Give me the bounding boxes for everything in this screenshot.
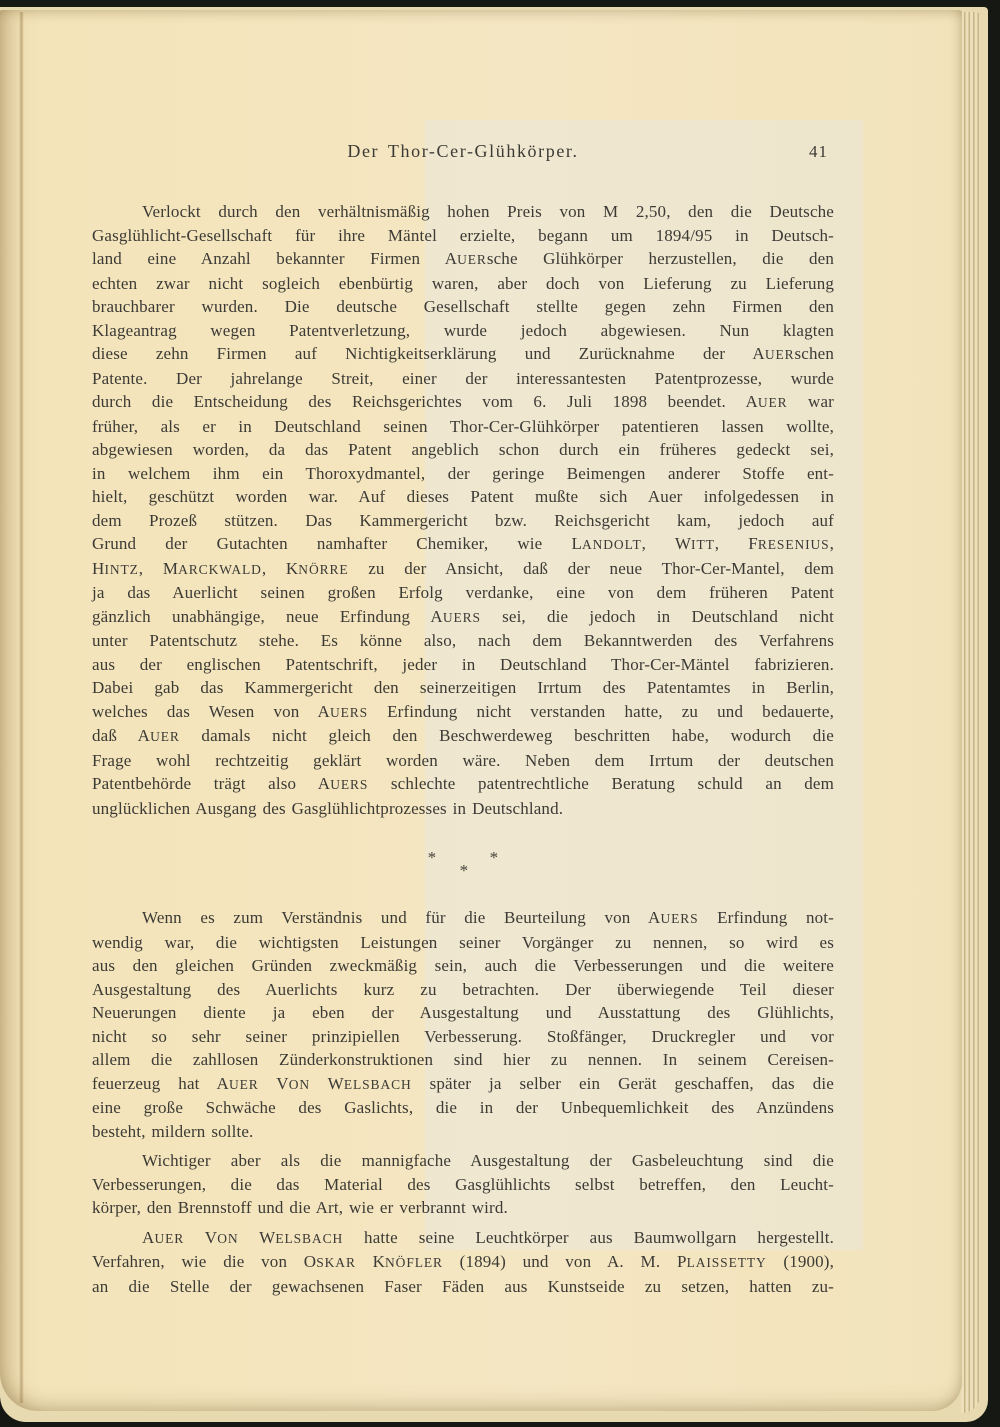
paragraph: Wichtiger aber als die mannigfache Ausge… [92, 1149, 834, 1220]
text-line: daß AUER damals nicht gleich den Beschwe… [92, 724, 834, 749]
paragraph: AUER VON WELSBACH hatte seine Leuchtkörp… [92, 1226, 834, 1299]
text-line: wendig war, die wichtigsten Leistungen s… [92, 931, 834, 955]
text-line: unter Patentschutz stehe. Es könne also,… [92, 629, 834, 653]
text-line: echten zwar nicht sogleich ebenbürtig wa… [92, 272, 834, 296]
asterisk: * [490, 846, 499, 870]
paragraph: Wenn es zum Verständnis und für die Beur… [92, 906, 834, 1143]
text-line: Patentbehörde trägt also AUERS schlechte… [92, 772, 834, 797]
text-line: Verlockt durch den verhältnismäßig hohen… [92, 200, 834, 224]
asterisk: * [460, 859, 469, 883]
text-line: Grund der Gutachten namhafter Chemiker, … [92, 532, 834, 557]
text-line: ja das Auerlicht seinen großen Erfolg ve… [92, 581, 834, 605]
asterisk: * [428, 846, 437, 870]
page-header: Der Thor-Cer-Glühkörper. 41 [92, 141, 834, 165]
text-line: abgewiesen worden, da das Patent angebli… [92, 438, 834, 462]
text-line: Dabei gab das Kammergericht den seinerze… [92, 676, 834, 700]
text-line: eine große Schwäche des Gaslichts, die i… [92, 1096, 834, 1120]
text-line: aus den gleichen Gründen zweckmäßig sein… [92, 954, 834, 978]
text-line: besteht, mildern sollte. [92, 1120, 834, 1144]
text-line: früher, als er in Deutschland seinen Tho… [92, 415, 834, 439]
text-line: hielt, geschützt worden war. Auf dieses … [92, 485, 834, 509]
text-line: Klageantrag wegen Patentverletzung, wurd… [92, 319, 834, 343]
text-line: allem die zahllosen Zünderkonstruktionen… [92, 1048, 834, 1072]
text-line: Ausgestaltung des Auerlichts kurz zu bet… [92, 978, 834, 1002]
paragraph: Verlockt durch den verhältnismäßig hohen… [92, 200, 834, 820]
text-line: Wichtiger aber als die mannigfache Ausge… [92, 1149, 834, 1173]
text-line: an die Stelle der gewachsenen Faser Fäde… [92, 1275, 834, 1299]
text-line: welches das Wesen von AUERS Erfindung ni… [92, 700, 834, 725]
text-line: in welchem ihm ein Thoroxydmantel, der g… [92, 462, 834, 486]
text-line: Verbesserungen, die das Material des Gas… [92, 1173, 834, 1197]
book-page: Der Thor-Cer-Glühkörper. 41 Verlockt dur… [0, 10, 962, 1411]
text-line: dem Prozeß stützen. Das Kammergericht bz… [92, 509, 834, 533]
text-line: Wenn es zum Verständnis und für die Beur… [92, 906, 834, 931]
text-line: Gasglühlicht-Gesellschaft für ihre Mänte… [92, 224, 834, 248]
text-line: feuerzeug hat AUER VON WELSBACH später j… [92, 1072, 834, 1097]
page-edges [961, 12, 980, 1413]
text-line: land eine Anzahl bekannter Firmen AUERsc… [92, 247, 834, 272]
text-line: aus der englischen Patentschrift, jeder … [92, 653, 834, 677]
text-line: HINTZ, MARCKWALD, KNÖRRE zu der Ansicht,… [92, 557, 834, 582]
page-number: 41 [809, 142, 828, 162]
text-line: brauchbarer wurden. Die deutsche Gesells… [92, 295, 834, 319]
text-line: gänzlich unabhängige, neue Erfindung AUE… [92, 605, 834, 630]
text-line: Neuerungen diente ja eben der Ausgestalt… [92, 1001, 834, 1025]
gutter-crease [19, 12, 24, 1403]
body-text: Verlockt durch den verhältnismäßig hohen… [92, 200, 834, 1298]
book-scan: Der Thor-Cer-Glühkörper. 41 Verlockt dur… [0, 0, 1000, 1427]
asterism-separator: *** [92, 846, 834, 876]
text-line: unglücklichen Ausgang des Gasglühlichtpr… [92, 797, 834, 821]
text-line: Verfahren, wie die von OSKAR KNÖFLER (18… [92, 1250, 834, 1275]
text-line: diese zehn Firmen auf Nichtigkeitserklär… [92, 342, 834, 367]
text-line: AUER VON WELSBACH hatte seine Leuchtkörp… [92, 1226, 834, 1251]
text-line: Patente. Der jahrelange Streit, einer de… [92, 367, 834, 391]
text-line: Frage wohl rechtzeitig geklärt worden wä… [92, 749, 834, 773]
text-line: nicht so sehr seiner prinzipiellen Verbe… [92, 1025, 834, 1049]
running-title: Der Thor-Cer-Glühkörper. [92, 141, 834, 162]
text-line: körper, den Brennstoff und die Art, wie … [92, 1196, 834, 1220]
text-line: durch die Entscheidung des Reichsgericht… [92, 390, 834, 415]
